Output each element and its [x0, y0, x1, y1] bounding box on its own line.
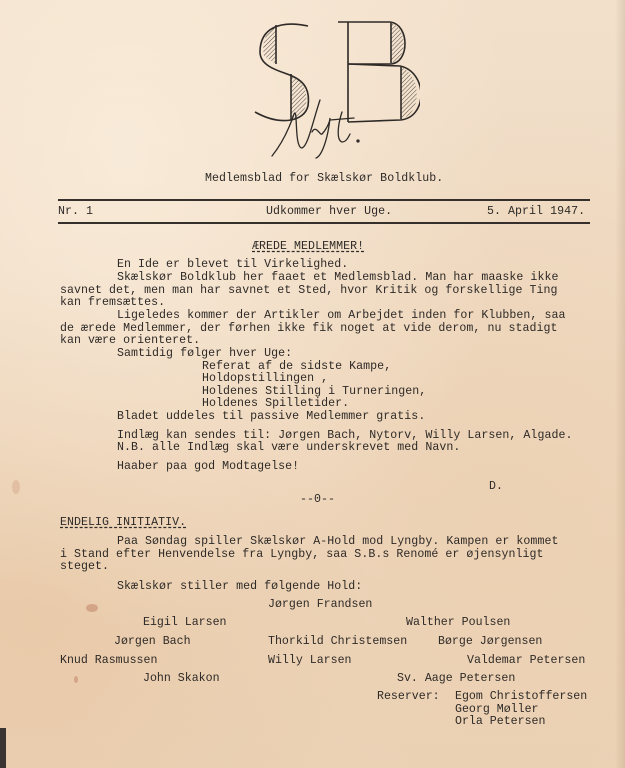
publication-frequency: Udkommer hver Uge. [266, 205, 392, 218]
player-name: Sv. Aage Petersen [397, 672, 515, 685]
newsletter-subtitle: Medlemsblad for Skælskør Boldklub. [205, 172, 443, 185]
body-line: steget. [60, 560, 109, 573]
reserve-player: Egom Christoffersen [455, 690, 587, 703]
player-name: Jørgen Bach [114, 635, 191, 648]
player-name: Valdemar Petersen [467, 654, 585, 667]
body-line: Bladet uddeles til passive Medlemmer gra… [117, 410, 425, 423]
page-corner-shadow [0, 728, 6, 768]
body-line: Haaber paa god Modtagelse! [117, 460, 299, 473]
issue-date: 5. April 1947. [487, 205, 585, 218]
player-name: Walther Poulsen [406, 616, 510, 629]
section-heading-initiative: ENDELIG INITIATIV. [60, 516, 186, 529]
paper-stain [12, 480, 20, 494]
player-name: John Skakon [143, 672, 220, 685]
body-line: i Stand efter Henvendelse fra Lyngby, sa… [60, 548, 544, 561]
body-line: Samtidig følger hver Uge: [117, 347, 292, 360]
player-name: Thorkild Christemsen [268, 635, 407, 648]
paper-stain [86, 604, 98, 612]
body-line: N.B. alle Indlæg skal være underskrevet … [117, 441, 460, 454]
issue-number: Nr. 1 [58, 205, 93, 218]
player-name: Jørgen Frandsen [268, 598, 372, 611]
list-item: Holdenes Spilletider. [202, 397, 349, 410]
paper-edge-shadow [615, 0, 625, 768]
body-line: Skælskør stiller med følgende Hold: [117, 580, 362, 593]
body-line: kan fremsættes. [60, 296, 165, 309]
reserve-player: Orla Petersen [455, 715, 545, 728]
player-name: Willy Larsen [268, 654, 352, 667]
list-item: Holdopstillingen , [202, 372, 328, 385]
masthead-rule-top [58, 199, 590, 201]
section-heading-members: ÆREDE MEDLEMMER! [252, 240, 364, 253]
body-line: kan være orienteret. [60, 334, 200, 347]
paper-stain [74, 676, 78, 683]
reserves-label: Reserver: [377, 690, 440, 703]
body-line: Skælskør Boldklub her faaet et Medlemsbl… [117, 271, 558, 284]
body-line: Paa Søndag spiller Skælskør A-Hold mod L… [117, 535, 558, 548]
player-name: Knud Rasmussen [60, 654, 157, 667]
body-line: En Ide er blevet til Virkelighed. [117, 258, 348, 271]
separator: --0-- [300, 493, 335, 506]
sb-nyt-logo [250, 14, 420, 164]
player-name: Eigil Larsen [143, 616, 227, 629]
signature: D. [489, 480, 503, 493]
masthead-rule-bottom [58, 222, 590, 224]
player-name: Børge Jørgensen [438, 635, 542, 648]
body-line: Ligeledes kommer der Artikler om Arbejde… [117, 309, 565, 322]
